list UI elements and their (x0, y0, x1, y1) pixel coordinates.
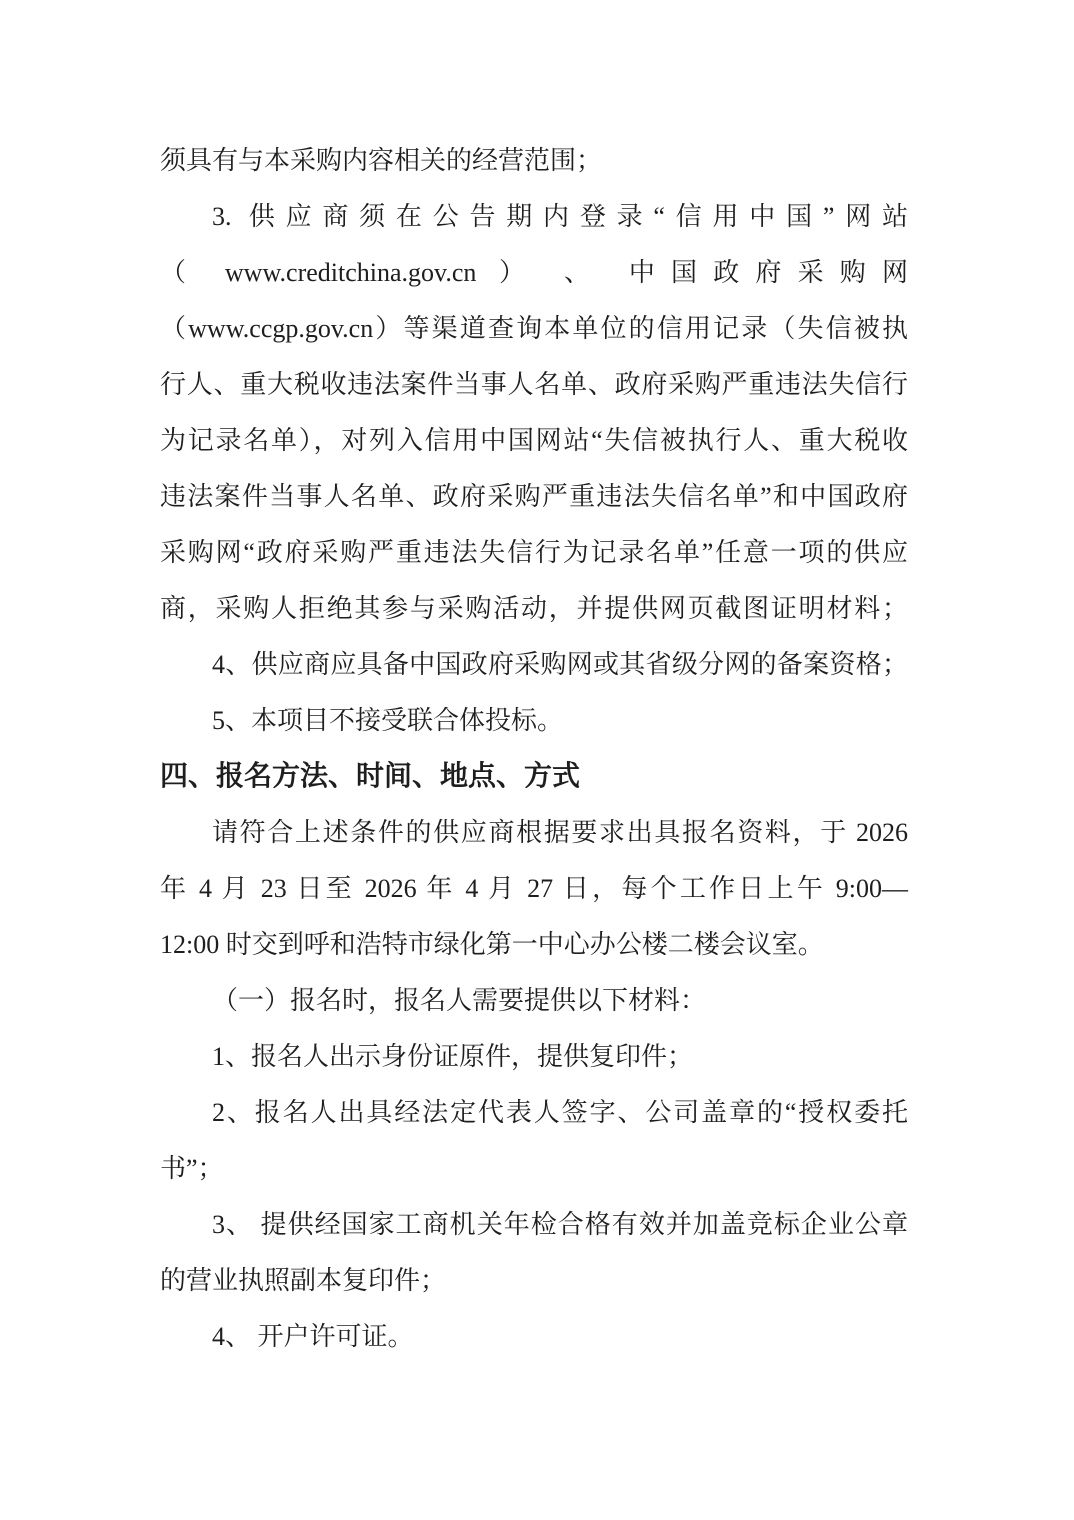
text-line: 请符合上述条件的供应商根据要求出具报名资料，于 2026 (160, 805, 908, 861)
text-line: 为记录名单），对列入信用中国网站“失信被执行人、重大税收 (160, 413, 908, 469)
document-page: 须具有与本采购内容相关的经营范围；3. 供应商须在公告期内登录“信用中国”网站（… (0, 0, 1074, 1520)
text-line: 的营业执照副本复印件； (160, 1253, 908, 1309)
text-line: （ www.creditchina.gov.cn ） 、 中国政府采购网 (160, 245, 908, 301)
text-line: 书”； (160, 1141, 908, 1197)
document-body: 须具有与本采购内容相关的经营范围；3. 供应商须在公告期内登录“信用中国”网站（… (160, 133, 908, 1365)
section-heading: 四、报名方法、时间、地点、方式 (160, 749, 908, 805)
text-line: 2、报名人出具经法定代表人签字、公司盖章的“授权委托 (160, 1085, 908, 1141)
text-line: 采购网“政府采购严重违法失信行为记录名单”任意一项的供应 (160, 525, 908, 581)
text-line: 3、 提供经国家工商机关年检合格有效并加盖竞标企业公章 (160, 1197, 908, 1253)
text-line: 商，采购人拒绝其参与采购活动，并提供网页截图证明材料； (160, 581, 908, 637)
text-line: 须具有与本采购内容相关的经营范围； (160, 133, 908, 189)
text-line: 1、报名人出示身份证原件，提供复印件； (160, 1029, 908, 1085)
text-line: 12:00 时交到呼和浩特市绿化第一中心办公楼二楼会议室。 (160, 917, 908, 973)
text-line: 4、供应商应具备中国政府采购网或其省级分网的备案资格； (160, 637, 908, 693)
text-line: 年 4 月 23 日至 2026 年 4 月 27 日，每个工作日上午 9:00… (160, 861, 908, 917)
text-line: 违法案件当事人名单、政府采购严重违法失信名单”和中国政府 (160, 469, 908, 525)
text-line: 行人、重大税收违法案件当事人名单、政府采购严重违法失信行 (160, 357, 908, 413)
text-line: 5、本项目不接受联合体投标。 (160, 693, 908, 749)
text-line: 3. 供应商须在公告期内登录“信用中国”网站 (160, 189, 908, 245)
text-line: （www.ccgp.gov.cn）等渠道查询本单位的信用记录（失信被执 (160, 301, 908, 357)
text-line: 4、 开户许可证。 (160, 1309, 908, 1365)
text-line: （一）报名时，报名人需要提供以下材料： (160, 973, 908, 1029)
